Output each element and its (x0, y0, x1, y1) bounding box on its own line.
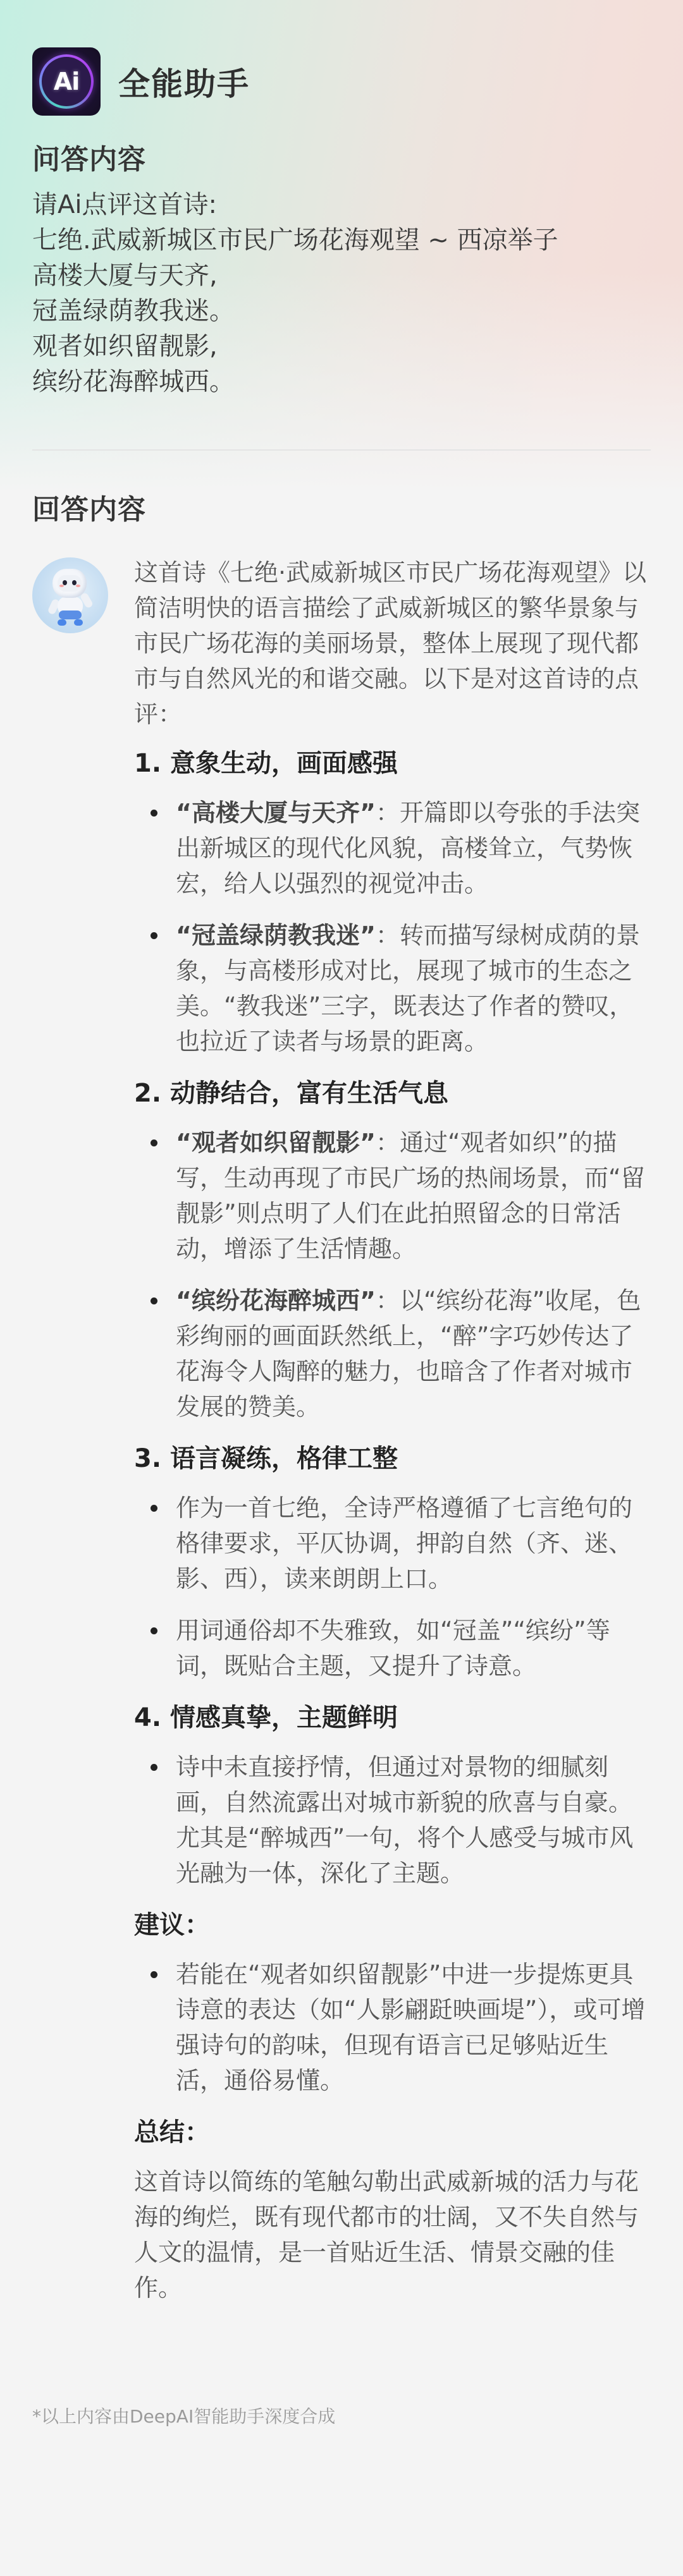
list-item: “缤纷花海醉城西”：以“缤纷花海”收尾，色彩绚丽的画面跃然纸上，“醉”字巧妙传达… (134, 1283, 651, 1425)
poem-line: 高楼大厦与天齐, (32, 258, 652, 293)
poem-title-line: 七绝.武威新城区市民广场花海观望 ~ 西凉举子 (32, 222, 652, 258)
logo-text: Ai (42, 57, 91, 106)
robot-avatar-icon (32, 557, 108, 633)
poem-line: 缤纷花海醉城西。 (32, 364, 652, 399)
list-item: 若能在“观者如织留靓影”中进一步提炼更具诗意的表达（如“人影翩跹映画堤”），或可… (134, 1957, 651, 2098)
bullet-quote: “观者如织留靓影” (176, 1129, 376, 1157)
bullet-list: 诗中未直接抒情，但通过对景物的细腻刻画，自然流露出对城市新貌的欣喜与自豪。尤其是… (134, 1749, 651, 1891)
answer-section-title: 回答内容 (32, 490, 146, 530)
list-item: 诗中未直接抒情，但通过对景物的细腻刻画，自然流露出对城市新貌的欣喜与自豪。尤其是… (134, 1749, 651, 1891)
section-divider (32, 449, 651, 451)
robot-cheek (76, 585, 80, 587)
answer-heading-2: 2. 动静结合，富有生活气息 (134, 1076, 651, 1111)
robot-face (58, 575, 82, 592)
poem-line: 观者如织留靓影, (32, 329, 652, 364)
list-item: 作为一首七绝，全诗严格遵循了七言绝句的格律要求，平仄协调，押韵自然（齐、迷、影、… (134, 1490, 651, 1596)
answer-heading-4: 4. 情感真挚，主题鲜明 (134, 1700, 651, 1735)
bullet-quote: “冠盖绿荫教我迷” (176, 921, 376, 949)
summary-heading: 总结： (134, 2115, 651, 2150)
question-section-title: 问答内容 (32, 140, 652, 179)
answer-heading-1: 1. 意象生动，画面感强 (134, 746, 651, 781)
summary-text: 这首诗以简练的笔触勾勒出武威新城的活力与花海的绚烂，既有现代都市的壮阔，又不失自… (134, 2164, 651, 2306)
suggestion-heading: 建议： (134, 1907, 651, 1943)
list-item: “冠盖绿荫教我迷”：转而描写绿树成荫的景象，与高楼形成对比，展现了城市的生态之美… (134, 918, 651, 1059)
answer-body: 这首诗《七绝·武威新城区市民广场花海观望》以简洁明快的语言描绘了武威新城区的繁华… (134, 555, 651, 2306)
answer-heading-3: 3. 语言凝练，格律工整 (134, 1441, 651, 1476)
app-logo-icon: Ai (32, 47, 101, 116)
bullet-list: “高楼大厦与天齐”：开篇即以夸张的手法突出新城区的现代化风貌，高楼耸立，气势恢宏… (134, 795, 651, 1059)
logo-ring: Ai (39, 54, 94, 109)
list-item: “高楼大厦与天齐”：开篇即以夸张的手法突出新城区的现代化风貌，高楼耸立，气势恢宏… (134, 795, 651, 901)
app-header: Ai 全能助手 (32, 47, 250, 116)
list-item: 用词通俗却不失雅致，如“冠盖”“缤纷”等词，既贴合主题，又提升了诗意。 (134, 1613, 651, 1684)
bullet-quote: “缤纷花海醉城西” (176, 1287, 376, 1315)
bullet-text: 用词通俗却不失雅致，如“冠盖”“缤纷”等词，既贴合主题，又提升了诗意。 (176, 1617, 610, 1680)
bullet-text: 诗中未直接抒情，但通过对景物的细腻刻画，自然流露出对城市新貌的欣喜与自豪。尤其是… (176, 1753, 633, 1887)
app-title: 全能助手 (118, 59, 250, 104)
bullet-list: 作为一首七绝，全诗严格遵循了七言绝句的格律要求，平仄协调，押韵自然（齐、迷、影、… (134, 1490, 651, 1684)
question-section: 问答内容 请Ai点评这首诗: 七绝.武威新城区市民广场花海观望 ~ 西凉举子 高… (32, 140, 652, 399)
suggestion-text: 若能在“观者如织留靓影”中进一步提炼更具诗意的表达（如“人影翩跹映画堤”），或可… (176, 1960, 645, 2094)
bullet-list: 若能在“观者如织留靓影”中进一步提炼更具诗意的表达（如“人影翩跹映画堤”），或可… (134, 1957, 651, 2098)
bullet-text: 作为一首七绝，全诗严格遵循了七言绝句的格律要求，平仄协调，押韵自然（齐、迷、影、… (176, 1494, 632, 1593)
robot-foot (58, 619, 66, 626)
bullet-quote: “高楼大厦与天齐” (176, 799, 376, 827)
ai-disclaimer: *以上内容由DeepAI智能助手深度合成 (32, 2403, 335, 2428)
robot-cheek (59, 585, 64, 587)
question-content: 请Ai点评这首诗: 七绝.武威新城区市民广场花海观望 ~ 西凉举子 高楼大厦与天… (32, 187, 652, 399)
bullet-list: “观者如织留靓影”：通过“观者如织”的描写，生动再现了市民广场的热闹场景，而“留… (134, 1125, 651, 1425)
question-line: 请Ai点评这首诗: (32, 187, 652, 222)
robot-pants (59, 611, 82, 619)
robot-head (52, 569, 87, 598)
answer-intro: 这首诗《七绝·武威新城区市民广场花海观望》以简洁明快的语言描绘了武威新城区的繁华… (134, 555, 651, 732)
robot-foot (74, 619, 83, 626)
list-item: “观者如织留靓影”：通过“观者如织”的描写，生动再现了市民广场的热闹场景，而“留… (134, 1125, 651, 1267)
poem-line: 冠盖绿荫教我迷。 (32, 293, 652, 329)
